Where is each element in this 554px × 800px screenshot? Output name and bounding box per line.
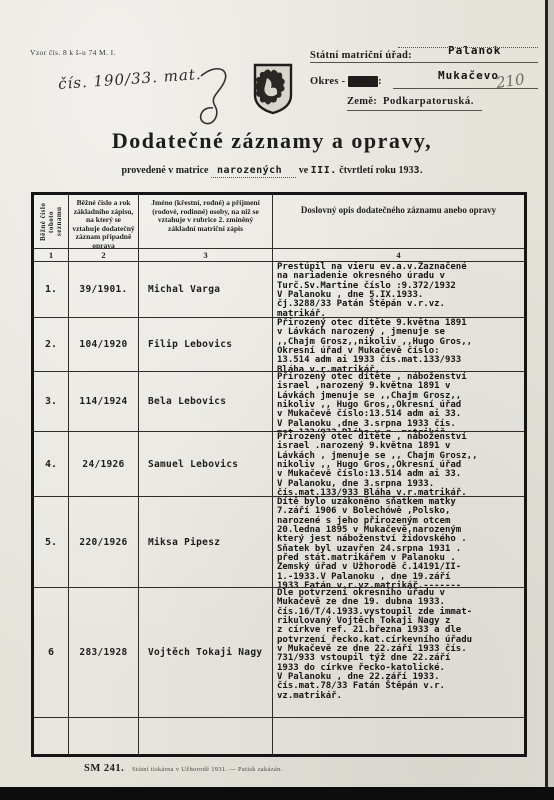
- row-record: Přirozený otec dítěte , náboženství isra…: [273, 372, 524, 432]
- subtitle-quarter-value: III.: [311, 165, 337, 176]
- row-number: 1.: [34, 262, 69, 318]
- header-col2: Běžné číslo a rok základního zápisu, na …: [69, 195, 139, 249]
- scanned-form-page: Vzor čís. 8 k š-u 74 M. I. čís. 190/33. …: [0, 0, 554, 800]
- row-record: Prestúpil na vieru ev.a.v.Zaznačené na n…: [273, 262, 524, 318]
- row-ref: 220/1926: [69, 497, 139, 588]
- row-number: 6: [34, 588, 69, 718]
- district-label: Okres - město:: [310, 76, 382, 87]
- scan-edge-bottom: [0, 787, 554, 800]
- table-row: 3. 114/1924 Bela Lebovics Přirozený otec…: [34, 372, 524, 432]
- row-name: Vojtěch Tokaji Nagy: [139, 588, 273, 718]
- table-row: 6 283/1928 Vojtěch Tokaji Nagy Dle potvr…: [34, 588, 524, 718]
- row-record: Dle potvrzení okresního úřadu v Mukačevě…: [273, 588, 524, 718]
- row-name: Michal Varga: [139, 262, 273, 318]
- table-row: 4. 24/1926 Samuel Lebovics Přirozený ote…: [34, 432, 524, 497]
- table-header-numbers: 1 2 3 4: [34, 249, 524, 262]
- header-col3: Jméno (křestní, rodné) a příjmení (rodov…: [139, 195, 273, 249]
- row-ref: 104/1920: [69, 318, 139, 372]
- row-name: [139, 718, 273, 754]
- row-number: [34, 718, 69, 754]
- form-model-number: Vzor čís. 8 k š-u 74 M. I.: [30, 48, 116, 57]
- header-col1: Běžné číslo tohoto seznamu: [34, 195, 69, 249]
- row-record: Dítě bylo uzákoněno sňatkem matky 7.září…: [273, 497, 524, 588]
- row-ref: [69, 718, 139, 754]
- row-name: Miksa Pipesz: [139, 497, 273, 588]
- district-struck-word: město: [348, 76, 378, 87]
- header-col4: Doslovný opis dodatečného záznamu anebo …: [273, 195, 524, 249]
- table-row: 5. 220/1926 Miksa Pipesz Dítě bylo uzáko…: [34, 497, 524, 588]
- registry-office-label: Státní matriční úřad:: [310, 50, 412, 61]
- row-record: [273, 718, 524, 754]
- table-header-row: Běžné číslo tohoto seznamu Běžné číslo a…: [34, 195, 524, 249]
- row-number: 4.: [34, 432, 69, 497]
- state-emblem-stamp-icon: [252, 62, 294, 116]
- signature-flourish: [195, 62, 240, 132]
- land-value: Podkarpatoruská.: [383, 96, 474, 107]
- row-name: Bela Lebovics: [139, 372, 273, 432]
- document-subtitle: provedené v matrice narozených ve III. č…: [0, 165, 544, 176]
- scan-edge-right-light: [548, 0, 554, 800]
- scan-edge-right: [545, 0, 548, 800]
- row-ref: 39/1901.: [69, 262, 139, 318]
- row-ref: 283/1928: [69, 588, 139, 718]
- records-table: Běžné číslo tohoto seznamu Běžné číslo a…: [31, 192, 527, 757]
- printer-imprint: Státní tiskárna v Užhorodě 1931. — Patis…: [132, 766, 283, 773]
- row-name: Filip Lebovics: [139, 318, 273, 372]
- row-name: Samuel Lebovics: [139, 432, 273, 497]
- table-row: 2. 104/1920 Filip Lebovics Přirozený ote…: [34, 318, 524, 372]
- subtitle-matrice-value: narozených: [211, 165, 296, 178]
- row-number: 3.: [34, 372, 69, 432]
- document-title: Dodatečné záznamy a opravy,: [0, 128, 544, 154]
- row-number: 5.: [34, 497, 69, 588]
- row-record: Přirozený otec dítěte 9.května 1891 v Lá…: [273, 318, 524, 372]
- row-ref: 24/1926: [69, 432, 139, 497]
- registry-office-value: Palanok: [448, 44, 501, 57]
- form-code: SM 241.: [84, 763, 124, 774]
- row-number: 2.: [34, 318, 69, 372]
- district-value: Mukačevo: [438, 69, 499, 82]
- row-ref: 114/1924: [69, 372, 139, 432]
- table-row-empty: [34, 718, 524, 754]
- table-row: 1. 39/1901. Michal Varga Prestúpil na vi…: [34, 262, 524, 318]
- row-record: Přirozený otec dítěte , náboženství isra…: [273, 432, 524, 497]
- land-label-and-value: Země: Podkarpatoruská.: [347, 96, 474, 107]
- handwritten-file-number: čís. 190/33. mat.: [58, 65, 203, 93]
